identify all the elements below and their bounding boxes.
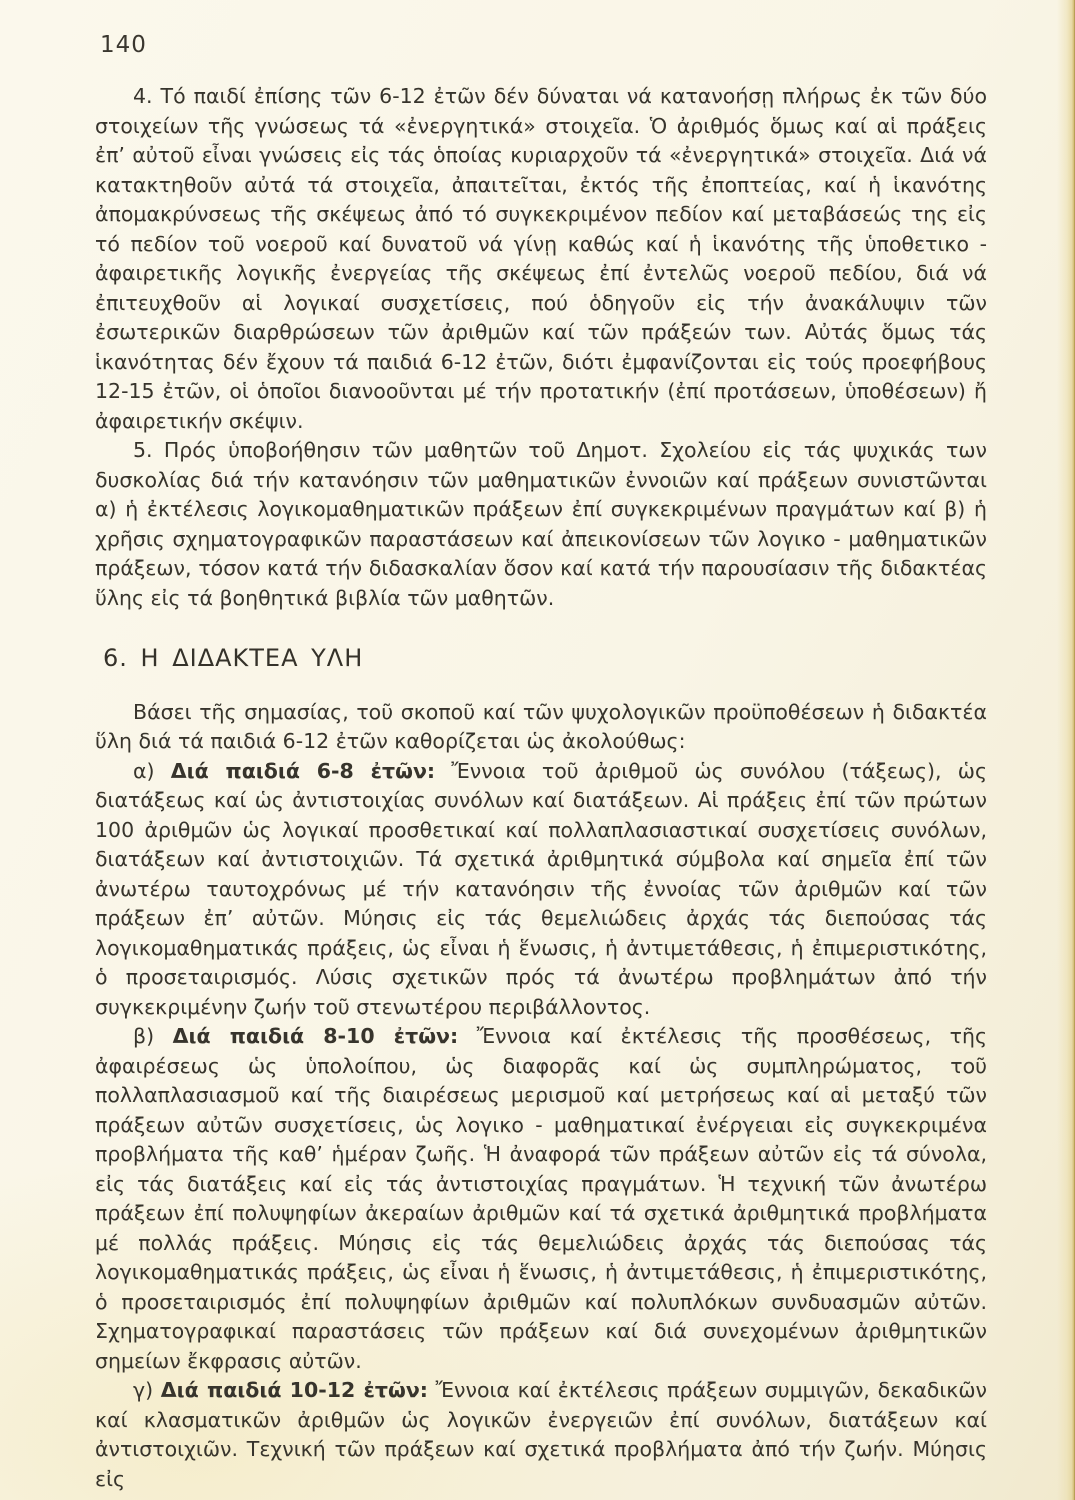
list-item-a: α) Διά παιδιά 6-8 ἐτῶν: Ἔννοια τοῦ ἀριθμ… [95, 757, 987, 1023]
item-a-lead: Διά παιδιά 6-8 ἐτῶν: [171, 759, 435, 783]
page-number: 140 [100, 32, 147, 58]
item-a-text: Ἔννοια τοῦ ἀριθμοῦ ὡς συνόλου (τάξεως), … [95, 759, 987, 1019]
paragraph-4: 4. Τό παιδί ἐπίσης τῶν 6-12 ἐτῶν δέν δύν… [95, 82, 987, 436]
item-c-lead: Διά παιδιά 10-12 ἐτῶν: [161, 1378, 428, 1402]
item-a-marker: α) [133, 759, 155, 783]
item-b-marker: β) [133, 1024, 154, 1048]
scanned-book-page: 140 4. Τό παιδί ἐπίσης τῶν 6-12 ἐτῶν δέν… [0, 0, 1075, 1500]
item-c-marker: γ) [133, 1378, 153, 1402]
list-item-b: β) Διά παιδιά 8-10 ἐτῶν: Ἔννοια καί ἐκτέ… [95, 1022, 987, 1376]
paragraph-5: 5. Πρός ὑποβοήθησιν τῶν μαθητῶν τοῦ Δημο… [95, 436, 987, 613]
text-block: 4. Τό παιδί ἐπίσης τῶν 6-12 ἐτῶν δέν δύν… [95, 82, 987, 1494]
section-heading: 6. Η ΔΙΔΑΚΤΕΑ ΥΛΗ [95, 644, 987, 674]
intro-paragraph: Βάσει τῆς σημασίας, τοῦ σκοποῦ καί τῶν ψ… [95, 698, 987, 757]
list-item-c: γ) Διά παιδιά 10-12 ἐτῶν: Ἔννοια καί ἐκτ… [95, 1376, 987, 1494]
scan-edge-shadow [1057, 0, 1075, 1500]
item-b-text: Ἔννοια καί ἐκτέλεσις τῆς προσθέσεως, τῆς… [95, 1024, 987, 1373]
item-b-lead: Διά παιδιά 8-10 ἐτῶν: [173, 1024, 459, 1048]
